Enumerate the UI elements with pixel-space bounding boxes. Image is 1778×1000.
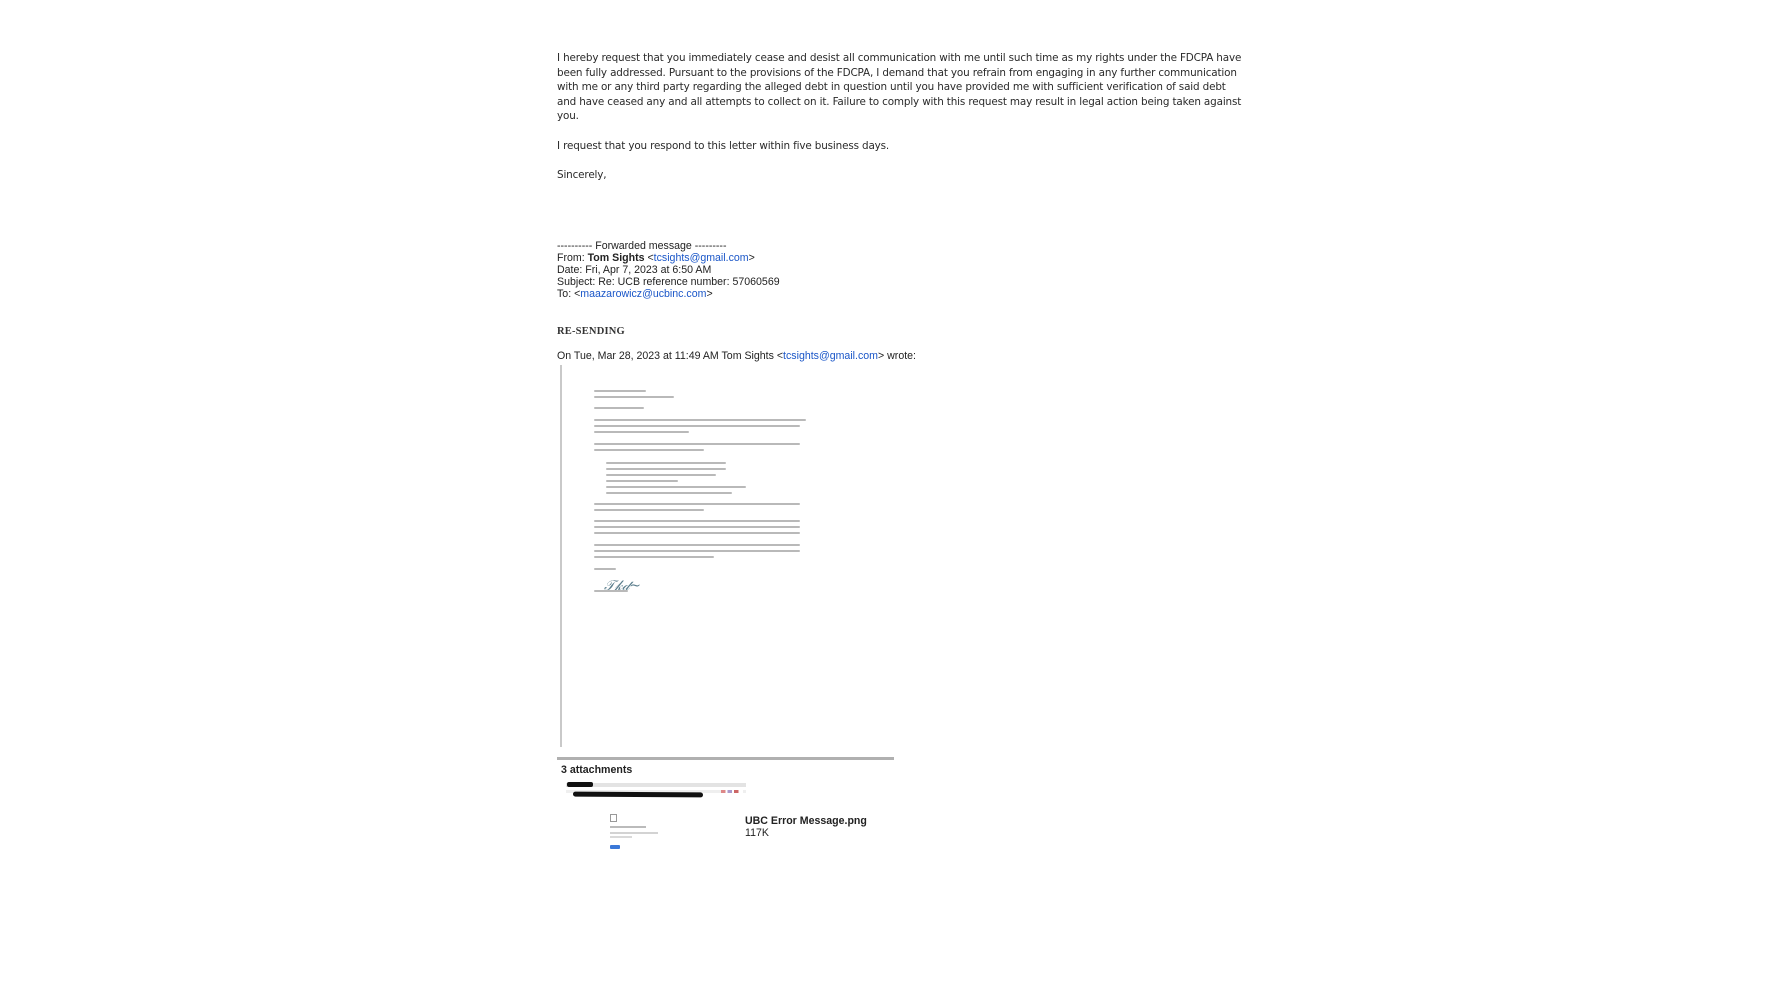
scan-text-line [594, 590, 628, 592]
scan-text-line [594, 425, 800, 427]
thumb-text [610, 826, 646, 828]
letter-paragraph-respond: I request that you respond to this lette… [557, 139, 1247, 154]
quote-attribution: On Tue, Mar 28, 2023 at 11:49 AM Tom Sig… [557, 350, 916, 362]
attachment-size: 117K [745, 827, 867, 839]
quote-attribution-suffix: wrote: [887, 350, 916, 362]
scan-text-line [606, 486, 746, 488]
thumb-text [610, 836, 632, 838]
thumb-button [610, 845, 620, 849]
quoted-letter-image: 𝒯𝓀𝒹~ [594, 390, 824, 605]
scan-text-line [594, 544, 800, 546]
quote-bar [560, 365, 562, 747]
date-line: Date: Fri, Apr 7, 2023 at 6:50 AM [557, 264, 780, 276]
quote-email-link[interactable]: tcsights@gmail.com [783, 350, 878, 362]
scan-text-line [606, 474, 716, 476]
scan-text-line [606, 462, 726, 464]
thumb-redaction [567, 782, 593, 787]
forwarded-separator: ---------- Forwarded message --------- [557, 240, 780, 252]
scan-text-line [606, 468, 726, 470]
to-email-link[interactable]: maazarowicz@ucbinc.com [580, 288, 706, 300]
scan-text-line [594, 407, 644, 409]
attachment-name[interactable]: UBC Error Message.png [745, 815, 867, 827]
letter-paragraph-cease: I hereby request that you immediately ce… [557, 51, 1247, 124]
from-line: From: Tom Sights <tcsights@gmail.com> [557, 252, 780, 264]
scan-text-line [594, 503, 800, 505]
thumb-redaction [573, 792, 703, 798]
from-name: Tom Sights [588, 252, 645, 264]
to-line: To: <maazarowicz@ucbinc.com> [557, 288, 780, 300]
scan-text-line [594, 526, 800, 528]
quote-attribution-prefix: On Tue, Mar 28, 2023 at 11:49 AM Tom Sig… [557, 350, 774, 362]
thumb-text [610, 832, 658, 834]
scan-text-line [594, 431, 689, 433]
letter-body: I hereby request that you immediately ce… [557, 51, 1247, 197]
attachment-thumbnail[interactable] [561, 780, 747, 860]
scan-text-line [594, 449, 704, 451]
scan-text-line [594, 443, 800, 445]
resend-note: RE-SENDING [557, 326, 625, 337]
to-label: To: [557, 288, 571, 300]
scan-text-line [594, 396, 674, 398]
scan-text-line [594, 550, 800, 552]
scan-text-line [594, 419, 806, 421]
from-label: From: [557, 252, 585, 264]
forwarded-header: ---------- Forwarded message --------- F… [557, 240, 780, 300]
attachments-divider [557, 757, 894, 760]
thumb-tabbar [566, 783, 746, 787]
from-email-link[interactable]: tcsights@gmail.com [654, 252, 749, 264]
thumb-page-icon [610, 814, 617, 822]
scan-text-line [606, 480, 678, 482]
scan-text-line [594, 568, 616, 570]
scan-text-line [594, 556, 714, 558]
letter-signoff: Sincerely, [557, 168, 1247, 183]
scan-text-line [594, 509, 704, 511]
scan-text-line [594, 390, 646, 392]
thumb-extension-icons [721, 790, 743, 793]
scan-text-line [594, 520, 800, 522]
subject-line: Subject: Re: UCB reference number: 57060… [557, 276, 780, 288]
scan-text-line [606, 492, 732, 494]
attachments-count: 3 attachments [561, 764, 632, 776]
attachment-info[interactable]: UBC Error Message.png 117K [745, 815, 867, 839]
scan-text-line [594, 532, 800, 534]
